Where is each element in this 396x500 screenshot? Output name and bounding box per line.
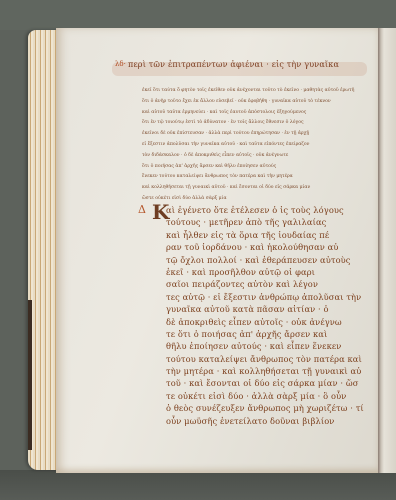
commentary-block: ἐκεῖ ὅτι ταύτα ὅ φητὸν τοῖς ἐκεῖθεν οὐκ … — [142, 86, 367, 205]
text-line: τῷ ὄχλοι πολλοί · καὶ ἐθεράπευσεν αὐτοὺς — [166, 254, 371, 266]
text-line: τοῦ · καὶ ἔσονται οἱ δύο εἰς σάρκα μίαν … — [166, 377, 371, 389]
text-line: ραν τοῦ ἰορδάνου · καὶ ἠκολούθησαν αὐ — [166, 241, 371, 253]
commentary-line: ἐκεῖνοι δὲ οὐκ ἐπίστευσαν · ἀλλὰ περὶ το… — [142, 129, 367, 140]
main-text-block: αὶ ἐγένετο ὅτε ἐτέλεσεν ὁ ἰς τοὺς λόγους… — [166, 204, 371, 427]
text-line: γυναῖκα αὐτοῦ κατὰ πᾶσαν αἰτίαν · ὁ — [166, 303, 371, 315]
commentary-line: ἕνεκεν τούτου καταλείψει ἄνθρωπος τὸν πα… — [142, 172, 367, 183]
text-line: αὶ ἐγένετο ὅτε ἐτέλεσεν ὁ ἰς τοὺς λόγους — [166, 204, 371, 216]
text-line: θῆλυ ἐποίησεν αὐτούς · καὶ εἶπεν ἕνεκεν — [166, 340, 371, 352]
text-line: ἐκεῖ · καὶ προσῆλθον αὐτῷ οἱ φαρι — [166, 266, 371, 278]
chapter-heading: περὶ τῶν ἐπιτραπέντων ἀφιέναι · εἰς τὴν … — [128, 60, 339, 69]
text-line: σαῖοι πειράζοντες αὐτὸν καὶ λέγον — [166, 278, 371, 290]
commentary-line: ὅτι ἐν τῷ τοιούτῳ ἐστὶ τὸ ἀδύνατον · ἐν … — [142, 118, 367, 129]
commentary-line: ἐκεῖ ὅτι ταύτα ὅ φητὸν τοῖς ἐκεῖθεν οὐκ … — [142, 86, 367, 97]
text-line: τὴν μητέρα · καὶ κολληθήσεται τῇ γυναικὶ… — [166, 365, 371, 377]
text-line: οὖν μωϋσῆς ἐνετείλατο δοῦναι βιβλίον — [166, 415, 371, 427]
commentary-line: εἰ ἔξεστιν ἀπολῦσαι τὴν γυναῖκα αὐτοῦ · … — [142, 140, 367, 151]
text-line: τες αὐτῷ · εἰ ἔξεστιν ἀνθρώπῳ ἀπολῦσαι τ… — [166, 291, 371, 303]
text-line: τε οὐκέτι εἰσὶ δύο · ἀλλὰ σὰρξ μία · ὃ ο… — [166, 390, 371, 402]
text-line: καὶ ἦλθεν εἰς τὰ ὅρια τῆς ἰουδαίας πέ — [166, 229, 371, 241]
book-gutter — [378, 28, 396, 473]
background-bottom — [0, 470, 396, 500]
commentary-line: καὶ κολληθήσεται τῇ γυναικὶ αὐτοῦ · καὶ … — [142, 183, 367, 194]
text-line: τούτου καταλείψει ἄνθρωπος τὸν πατέρα κα… — [166, 353, 371, 365]
text-line: τούτους · μετῆρεν ἀπὸ τῆς γαλιλαίας — [166, 216, 371, 228]
chapter-number: λδ· — [115, 60, 126, 68]
commentary-line: ὅτι ὁ ἀνὴρ τοῦτο ἔχει ἐκ ἄλλου εὐσεβεῖ ·… — [142, 97, 367, 108]
commentary-line: ὅτι ὁ ποιήσας ἀπ' ἀρχῆς ἄρσεν καὶ θῆλυ ἐ… — [142, 162, 367, 173]
text-line: δὲ ἀποκριθεὶς εἶπεν αὐτοῖς · οὐκ ἀνέγνω — [166, 316, 371, 328]
worn-edge — [28, 300, 32, 450]
commentary-line: καὶ αὐτοῦ ταῦτα ἑρμηνεύει · καὶ τοῖς ἑαυ… — [142, 108, 367, 119]
text-line: τε ὅτι ὁ ποιήσας ἀπ' ἀρχῆς ἄρσεν καὶ — [166, 328, 371, 340]
commentary-line: τὸν διδάσκαλον · ὁ δὲ ἀποκριθεὶς εἶπεν α… — [142, 151, 367, 162]
section-number: Δ — [138, 203, 146, 216]
background-top — [0, 0, 396, 30]
text-line: ὁ θεὸς συνέζευξεν ἄνθρωπος μὴ χωριζέτω ·… — [166, 402, 371, 414]
